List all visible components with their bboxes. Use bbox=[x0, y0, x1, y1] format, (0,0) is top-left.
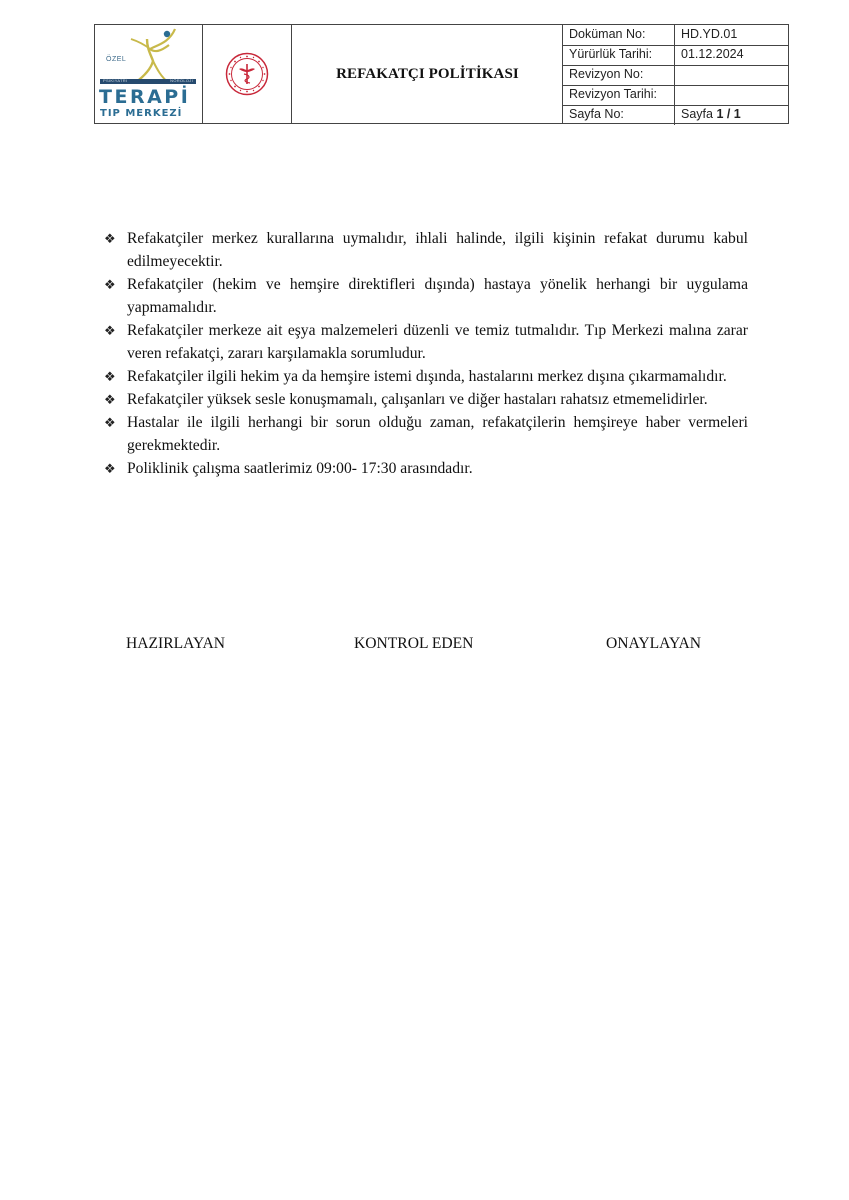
logo-sub-text: TIP MERKEZİ bbox=[100, 108, 182, 120]
meta-row-document-no: Doküman No: HD.YD.01 bbox=[563, 25, 789, 46]
logo-bar-right: NÖROLOJİ bbox=[170, 78, 193, 83]
meta-label: Revizyon Tarihi: bbox=[563, 85, 675, 105]
dancing-figure-icon bbox=[117, 27, 187, 85]
ministry-emblem-cell bbox=[203, 25, 291, 123]
four-diamond-bullet-icon: ❖ bbox=[104, 457, 120, 480]
meta-label: Doküman No: bbox=[563, 25, 675, 45]
four-diamond-bullet-icon: ❖ bbox=[104, 388, 120, 411]
list-item-text: Refakatçiler merkez kurallarına uymalıdı… bbox=[127, 227, 748, 273]
logo-specialties-bar: PSİKİYATRİ NÖROLOJİ bbox=[100, 79, 196, 84]
policy-list: ❖ Refakatçiler merkez kurallarına uymalı… bbox=[104, 227, 748, 480]
four-diamond-bullet-icon: ❖ bbox=[104, 365, 120, 388]
four-diamond-bullet-icon: ❖ bbox=[104, 273, 120, 296]
four-diamond-bullet-icon: ❖ bbox=[104, 227, 120, 250]
meta-value: HD.YD.01 bbox=[675, 25, 789, 45]
meta-row-revision-no: Revizyon No: bbox=[563, 65, 789, 86]
document-title: REFAKATÇI POLİTİKASI bbox=[336, 66, 519, 83]
meta-value bbox=[675, 65, 789, 85]
list-item: ❖ Refakatçiler merkeze ait eşya malzemel… bbox=[104, 319, 748, 365]
list-item-text: Refakatçiler yüksek sesle konuşmamalı, ç… bbox=[127, 388, 748, 411]
meta-value: 01.12.2024 bbox=[675, 45, 789, 65]
page-prefix: Sayfa bbox=[681, 107, 716, 121]
clinic-logo: ÖZEL PSİKİYATRİ NÖROLOJİ TERAPİ TIP MERK… bbox=[95, 25, 202, 123]
logo-ozel-text: ÖZEL bbox=[106, 56, 126, 63]
list-item-text: Hastalar ile ilgili herhangi bir sorun o… bbox=[127, 411, 748, 457]
signature-checked-by: KONTROL EDEN bbox=[354, 634, 473, 654]
list-item-text: Poliklinik çalışma saatlerimiz 09:00- 17… bbox=[127, 457, 748, 480]
list-item: ❖ Hastalar ile ilgili herhangi bir sorun… bbox=[104, 411, 748, 457]
list-item: ❖ Refakatçiler ilgili hekim ya da hemşir… bbox=[104, 365, 748, 388]
document-title-cell: REFAKATÇI POLİTİKASI bbox=[292, 25, 563, 123]
four-diamond-bullet-icon: ❖ bbox=[104, 411, 120, 434]
list-item-text: Refakatçiler (hekim ve hemşire direktifl… bbox=[127, 273, 748, 319]
list-item-text: Refakatçiler merkeze ait eşya malzemeler… bbox=[127, 319, 748, 365]
meta-row-page-no: Sayfa No: Sayfa 1 / 1 bbox=[563, 105, 789, 125]
document-header-table: ÖZEL PSİKİYATRİ NÖROLOJİ TERAPİ TIP MERK… bbox=[94, 24, 789, 124]
four-diamond-bullet-icon: ❖ bbox=[104, 319, 120, 342]
meta-row-revision-date: Revizyon Tarihi: bbox=[563, 85, 789, 106]
list-item-text: Refakatçiler ilgili hekim ya da hemşire … bbox=[127, 365, 748, 388]
list-item: ❖ Refakatçiler (hekim ve hemşire direkti… bbox=[104, 273, 748, 319]
meta-value: Sayfa 1 / 1 bbox=[675, 105, 789, 125]
meta-label: Sayfa No: bbox=[563, 105, 675, 125]
meta-label: Revizyon No: bbox=[563, 65, 675, 85]
signature-prepared-by: HAZIRLAYAN bbox=[126, 634, 225, 654]
signature-approved-by: ONAYLAYAN bbox=[606, 634, 701, 654]
list-item: ❖ Poliklinik çalışma saatlerimiz 09:00- … bbox=[104, 457, 748, 480]
logo-bar-left: PSİKİYATRİ bbox=[103, 78, 127, 83]
page-number: 1 / 1 bbox=[716, 107, 740, 121]
meta-label: Yürürlük Tarihi: bbox=[563, 45, 675, 65]
logo-main-text: TERAPİ bbox=[99, 87, 190, 107]
meta-value bbox=[675, 85, 789, 105]
ministry-emblem-icon bbox=[225, 52, 269, 96]
list-item: ❖ Refakatçiler merkez kurallarına uymalı… bbox=[104, 227, 748, 273]
document-meta-table: Doküman No: HD.YD.01 Yürürlük Tarihi: 01… bbox=[563, 25, 789, 123]
meta-row-effective-date: Yürürlük Tarihi: 01.12.2024 bbox=[563, 45, 789, 66]
list-item: ❖ Refakatçiler yüksek sesle konuşmamalı,… bbox=[104, 388, 748, 411]
